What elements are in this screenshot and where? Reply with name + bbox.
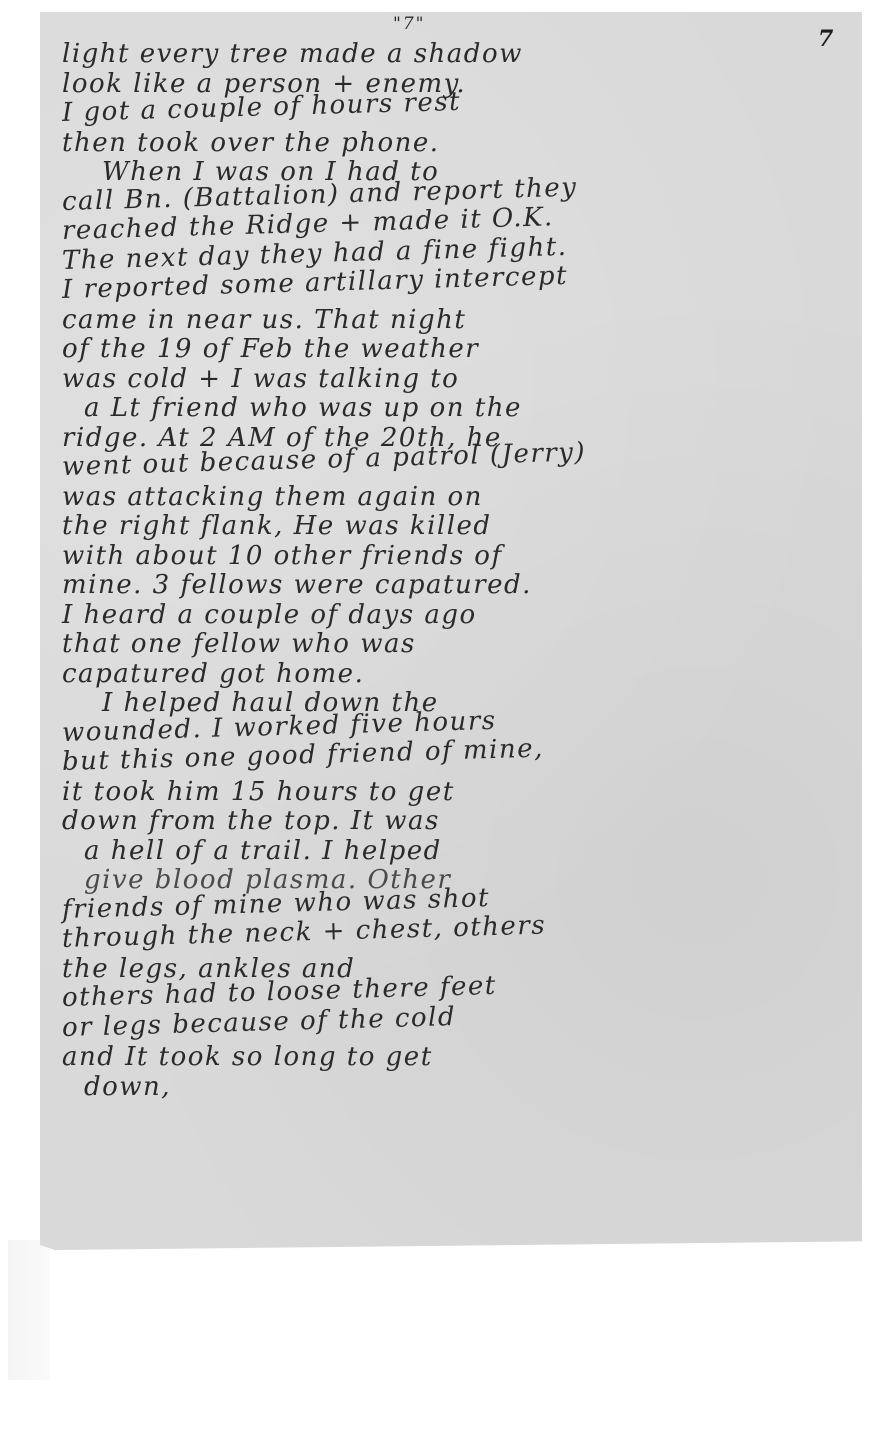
text-line-19: mine. 3 fellows were capatured.: [62, 571, 842, 601]
text-line-17: the right flank, He was killed: [62, 512, 842, 542]
text-line-28: a hell of a trail. I helped: [62, 837, 842, 867]
text-line-11: of the 19 of Feb the weather: [62, 335, 842, 365]
text-line-20: I heard a couple of days ago: [62, 601, 842, 631]
text-line-10: came in near us. That night: [62, 306, 842, 336]
text-line-36: down,: [62, 1073, 842, 1103]
text-line-1: light every tree made a shadow: [62, 40, 842, 70]
text-line-16: was attacking them again on: [62, 483, 842, 513]
text-line-13: a Lt friend who was up on the: [62, 394, 842, 424]
text-line-4: then took over the phone.: [62, 129, 842, 159]
text-line-27: down from the top. It was: [62, 807, 842, 837]
text-line-26: it took him 15 hours to get: [62, 778, 842, 808]
text-line-12: was cold + I was talking to: [62, 365, 842, 395]
top-page-mark: "7": [393, 14, 425, 34]
text-line-35: and It took so long to get: [62, 1043, 842, 1073]
scan-edge-shadow: [8, 1240, 50, 1380]
handwritten-text-body: light every tree made a shadow look like…: [62, 40, 842, 1102]
text-line-22: capatured got home.: [62, 660, 842, 690]
text-line-21: that one fellow who was: [62, 630, 842, 660]
text-line-18: with about 10 other friends of: [62, 542, 842, 572]
